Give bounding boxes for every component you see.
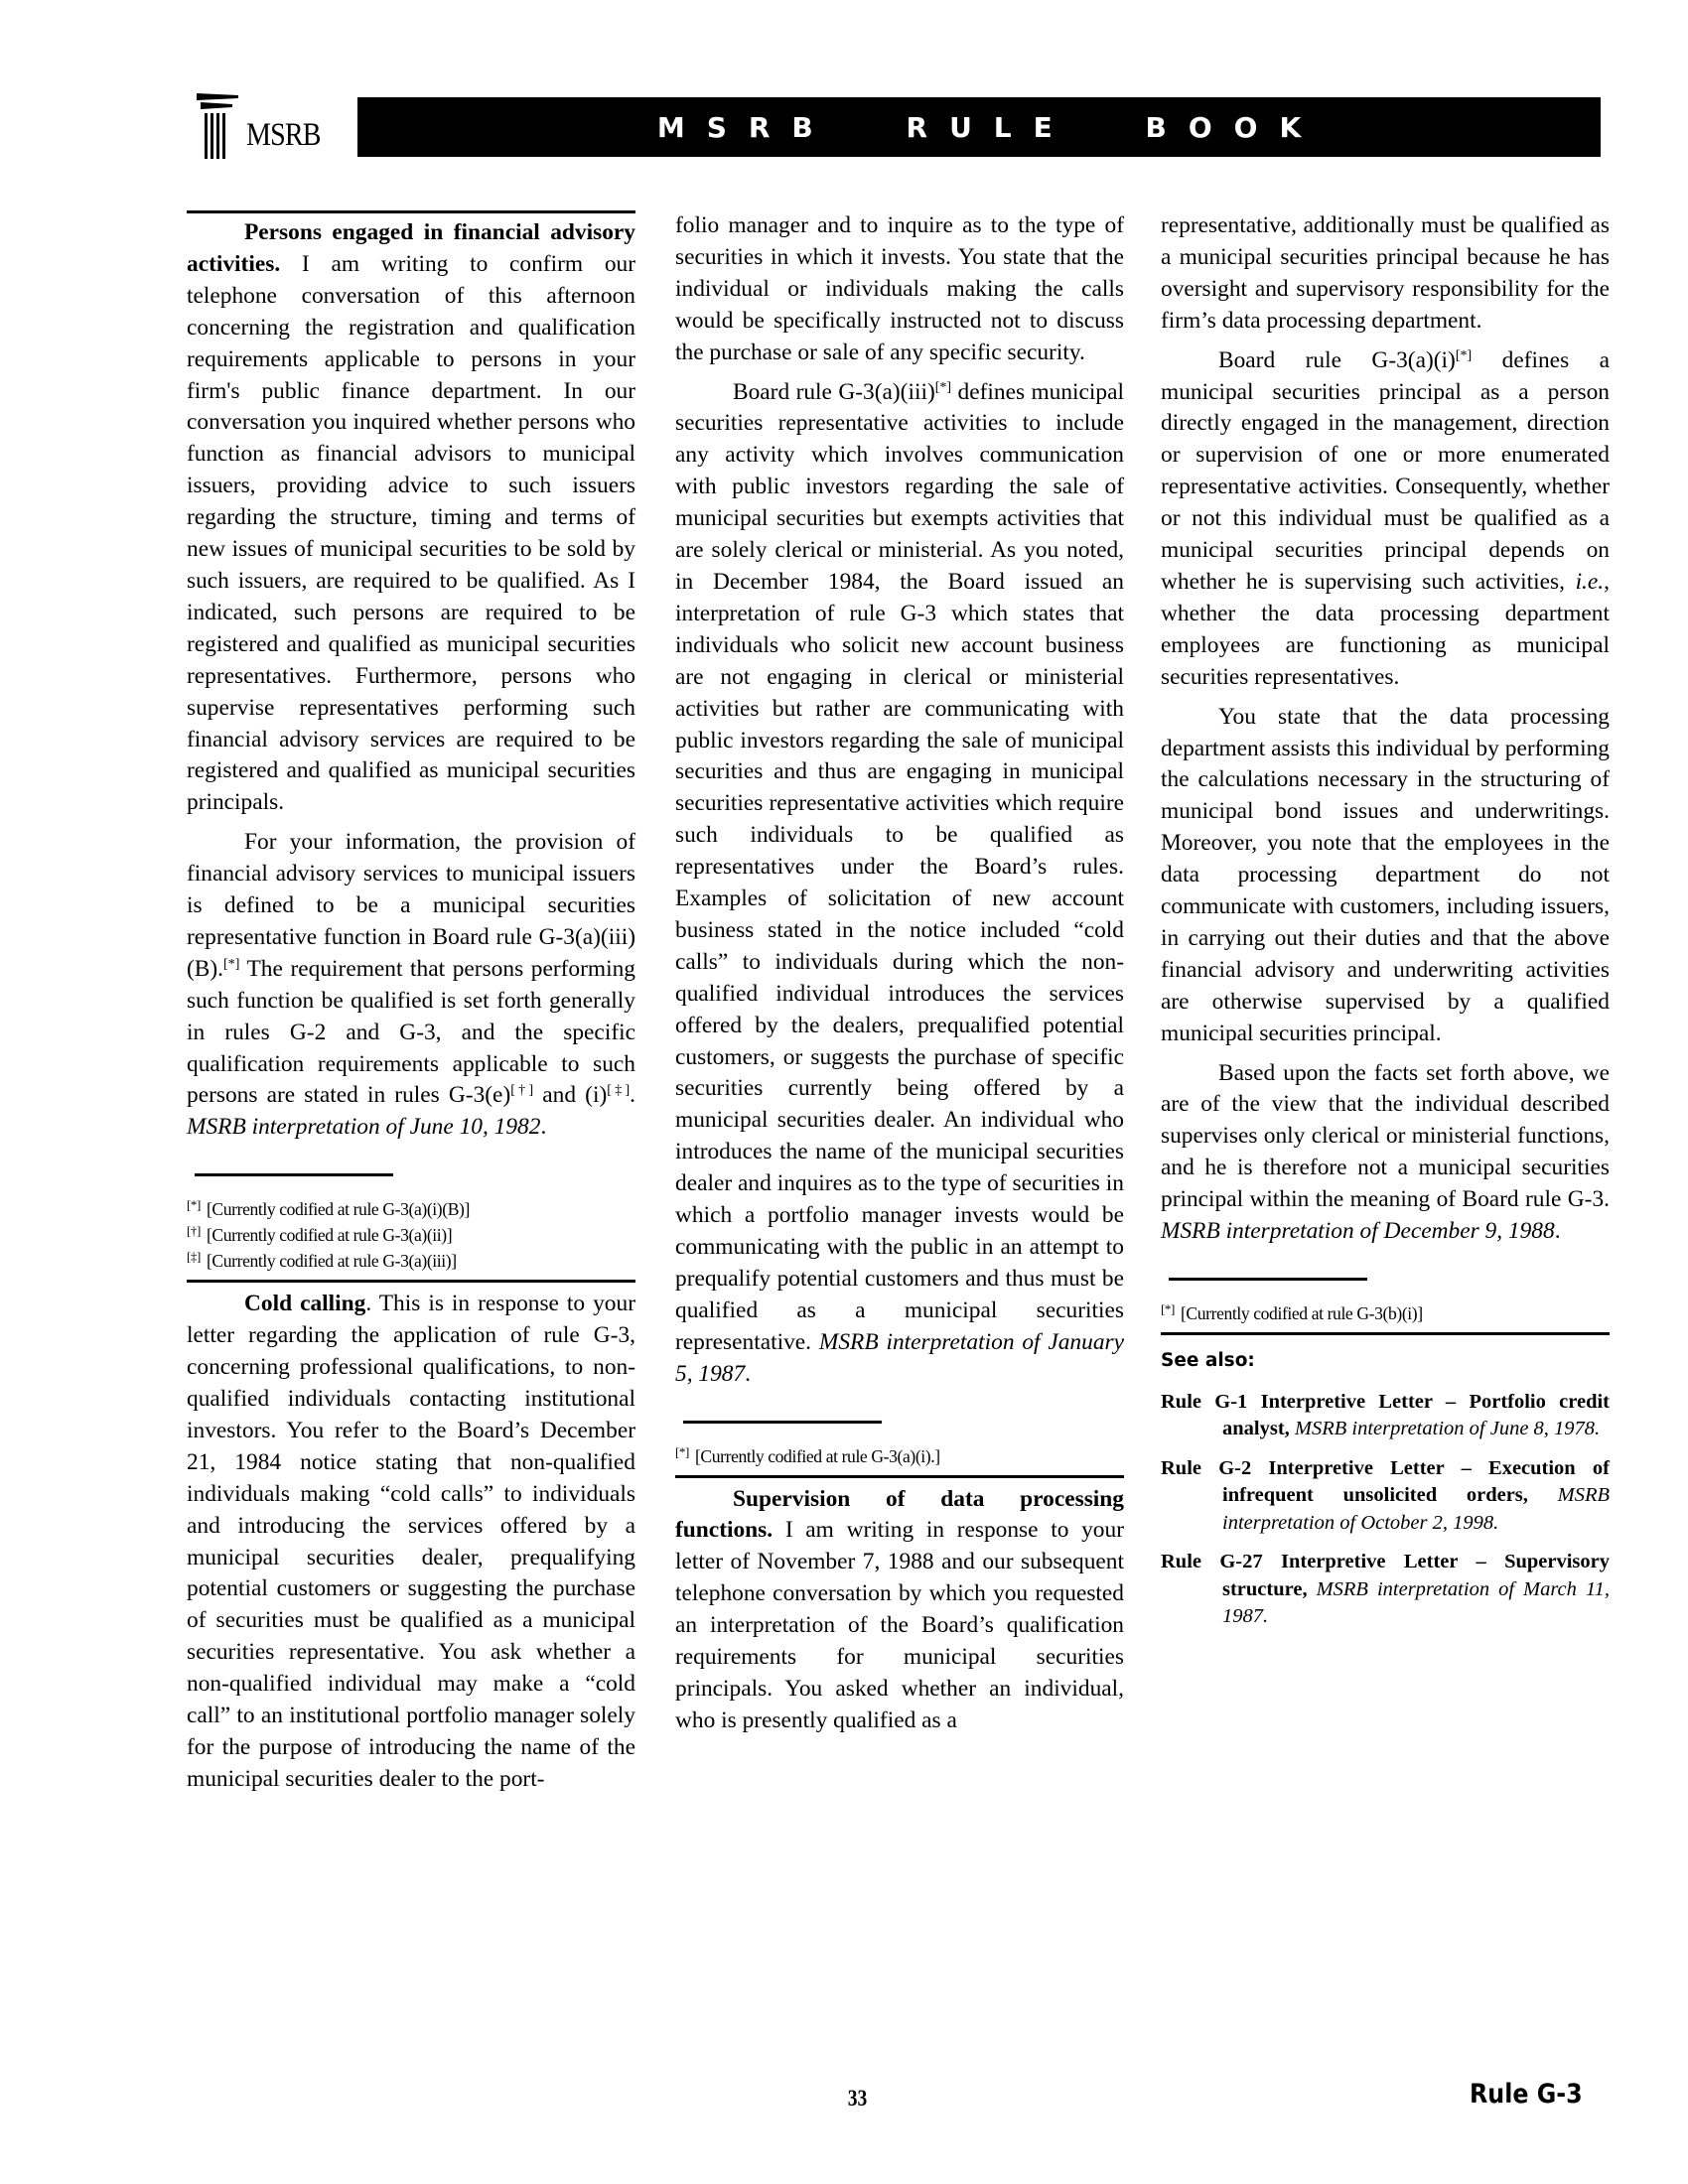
see-also-section: See also: Rule G-1 Interpretive Letter –… (1161, 1345, 1610, 1631)
section-cold-calling: Cold calling. This is in response to you… (187, 1285, 635, 1796)
see-also-item[interactable]: Rule G-1 Interpretive Letter – Portfolio… (1161, 1389, 1610, 1443)
footnote: [‡][Currently codified at rule G-3(a)(ii… (187, 1248, 635, 1274)
footnotes: [*][Currently codified at rule G-3(a)(i)… (187, 1196, 635, 1283)
section-financial-advisory: Persons engaged in financial advisory ac… (187, 210, 635, 1144)
footnote-separator (195, 1173, 393, 1176)
footnote-separator (683, 1421, 882, 1424)
footnote: [*][Currently codified at rule G-3(b)(i)… (1161, 1300, 1610, 1326)
msrb-logo: MSRB (195, 91, 353, 161)
column-pillar-icon (195, 91, 244, 161)
footnotes: [*][Currently codified at rule G-3(a)(i)… (675, 1443, 1124, 1478)
paragraph: For your information, the provision of f… (187, 827, 635, 1144)
paragraph: representative, additionally must be qua… (1161, 210, 1610, 338)
footnote-ref[interactable]: [*] (1456, 348, 1472, 363)
footnote: [*][Currently codified at rule G-3(a)(i)… (187, 1196, 635, 1222)
page-number: 33 (848, 2086, 868, 2112)
header-banner: MSRB RULE BOOK (357, 97, 1601, 157)
column-1: Persons engaged in financial advisory ac… (187, 210, 635, 1796)
footer-rule-label: Rule G-3 (1470, 2079, 1583, 2110)
section-data-processing: Supervision of data processing functions… (675, 1480, 1124, 1737)
paragraph: Cold calling. This is in response to you… (187, 1289, 635, 1796)
footnotes: [*][Currently codified at rule G-3(b)(i)… (1161, 1300, 1610, 1335)
see-also-item[interactable]: Rule G-2 Interpretive Letter – Execution… (1161, 1455, 1610, 1538)
paragraph: You state that the data processing depar… (1161, 702, 1610, 1050)
paragraph: Supervision of data processing functions… (675, 1484, 1124, 1737)
logo-text: MSRB (246, 117, 321, 154)
banner-title: MSRB RULE BOOK (635, 111, 1323, 144)
footnote-ref[interactable]: [‡] (607, 1083, 630, 1098)
paragraph: Persons engaged in financial advisory ac… (187, 217, 635, 819)
citation: MSRB interpretation of December 9, 1988 (1161, 1218, 1555, 1244)
footnote: [*][Currently codified at rule G-3(a)(i)… (675, 1443, 1124, 1469)
column-3: representative, additionally must be qua… (1161, 210, 1610, 1643)
citation: MSRB interpretation of June 10, 1982 (187, 1114, 540, 1140)
footnote-separator (1169, 1278, 1367, 1281)
see-also-heading: See also: (1161, 1345, 1610, 1377)
footnote: [†][Currently codified at rule G-3(a)(ii… (187, 1222, 635, 1248)
footnote-ref[interactable]: [*] (935, 380, 951, 395)
paragraph: folio manager and to inquire as to the t… (675, 210, 1124, 369)
footnote-ref[interactable]: [†] (510, 1083, 533, 1098)
column-2: folio manager and to inquire as to the t… (675, 210, 1124, 1737)
paragraph: Board rule G-3(a)(iii)[*] defines munici… (675, 377, 1124, 1391)
footnote-ref[interactable]: [*] (223, 957, 239, 972)
paragraph: Based upon the facts set forth above, we… (1161, 1058, 1610, 1248)
paragraph: Board rule G-3(a)(i)[*] defines a munici… (1161, 345, 1610, 694)
section-heading: Cold calling (244, 1291, 365, 1316)
see-also-item[interactable]: Rule G-27 Interpretive Letter – Supervis… (1161, 1549, 1610, 1631)
